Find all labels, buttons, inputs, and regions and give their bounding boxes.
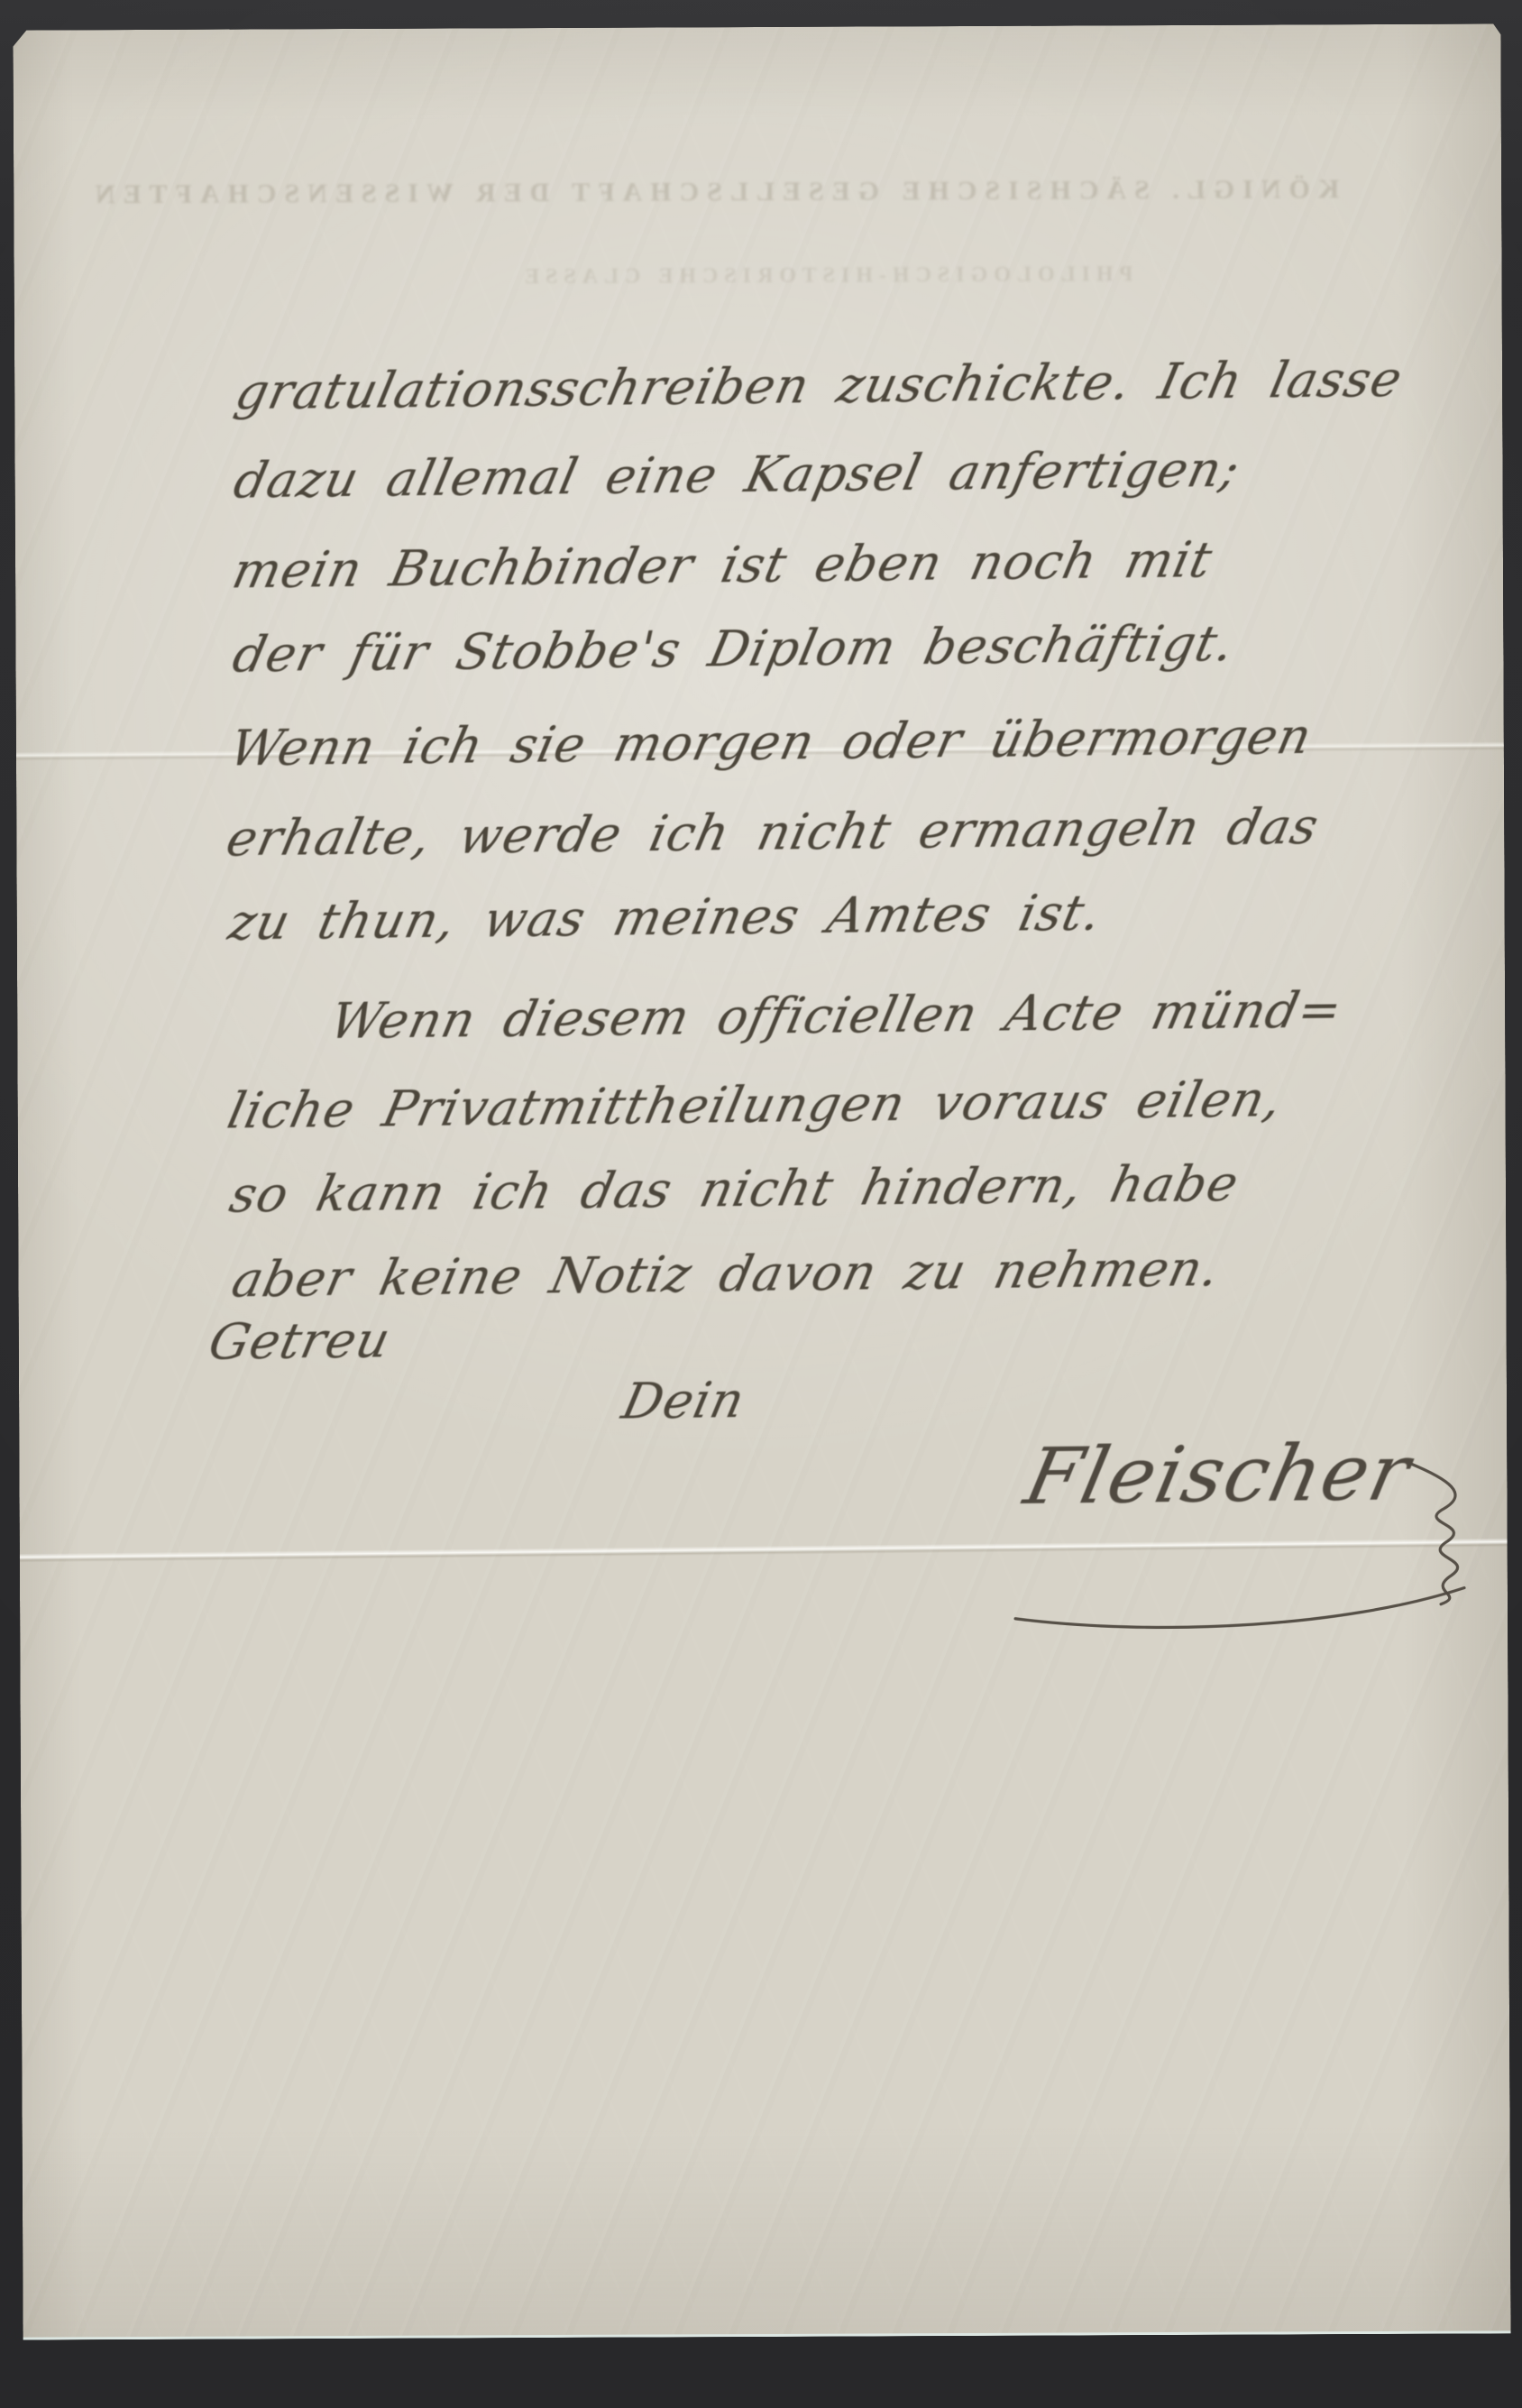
letter-line: gratulationsschreiben zuschickte. Ich la…	[231, 354, 1407, 418]
letter-line: zu thun, was meines Amtes ist.	[225, 888, 1106, 948]
signature: Fleischer	[1019, 1434, 1418, 1516]
letter-line: Wenn diesem officiellen Acte münd=	[325, 985, 1346, 1046]
letter-line: dazu allemal eine Kapsel anfertigen;	[230, 445, 1245, 506]
fold-crease-lower	[20, 1538, 1508, 1562]
letter-closing: Getreu	[205, 1315, 395, 1366]
letterhead-showthrough-line1: KÖNIGL. SÄCHSISCHE GESELLSCHAFT DER WISS…	[149, 174, 1339, 210]
letter-valediction: Dein	[618, 1375, 749, 1427]
scan-background-mat: KÖNIGL. SÄCHSISCHE GESELLSCHAFT DER WISS…	[0, 0, 1522, 2408]
letter-line: liche Privatmittheilungen voraus eilen,	[224, 1074, 1287, 1135]
letter-line: der für Stobbe's Diplom beschäftigt.	[229, 619, 1240, 680]
letter-line: erhalte, werde ich nicht ermangeln das	[222, 802, 1323, 864]
letter-line: aber keine Notiz davon zu nehmen.	[228, 1244, 1224, 1304]
letterhead-showthrough-line2: PHILOLOGISCH-HISTORISCHE CLASSE	[483, 262, 1169, 290]
letter-line: Wenn ich sie morgen oder übermorgen	[225, 712, 1316, 774]
letter-line: so kann ich das nicht hindern, habe	[225, 1159, 1243, 1220]
letter-line: mein Buchbinder ist eben noch mit	[228, 535, 1216, 595]
letter-page: KÖNIGL. SÄCHSISCHE GESELLSCHAFT DER WISS…	[13, 23, 1510, 2339]
